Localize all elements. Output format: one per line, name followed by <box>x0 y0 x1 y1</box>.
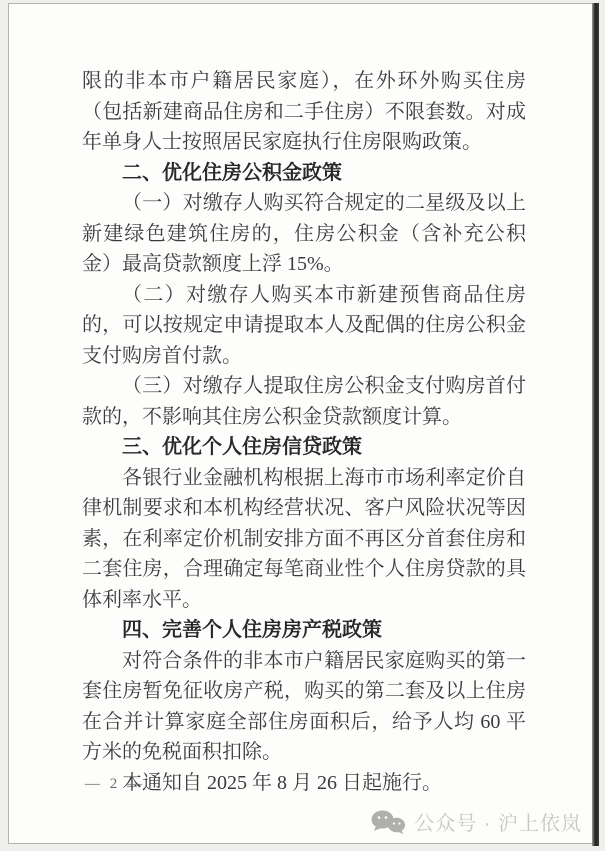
scan-right-edge-shadow <box>592 3 599 846</box>
section-heading-2: 二、优化住房公积金政策 <box>82 158 526 189</box>
watermark-text: 公众号 · 沪上依岚 <box>414 807 582 836</box>
text-block: （三）对缴存人提取住房公积金支付购房首付款的，不影响其住房公积金贷款额度计算。 <box>82 371 526 432</box>
watermark: 公众号 · 沪上依岚 <box>370 807 582 836</box>
page-number: — 2 — <box>85 776 145 793</box>
page-sheet: 限的非本市户籍居民家庭），在外环外购买住房（包括新建商品住房和二手住房）不限套数… <box>8 3 598 844</box>
text-block: 各银行业金融机构根据上海市市场利率定价自律机制要求和本机构经营状况、客户风险状况… <box>82 463 526 616</box>
text-block: （一）对缴存人购买符合规定的二星级及以上新建绿色建筑住房的，住房公积金（含补充公… <box>82 188 526 280</box>
text-block: （二）对缴存人购买本市新建预售商品住房的，可以按规定申请提取本人及配偶的住房公积… <box>82 280 526 372</box>
text-block: 对符合条件的非本市户籍居民家庭购买的第一套住房暂免征收房产税，购买的第二套及以上… <box>82 646 526 768</box>
wechat-icon <box>370 809 406 835</box>
section-heading-4: 四、完善个人住房房产税政策 <box>82 615 526 646</box>
document-body: 限的非本市户籍居民家庭），在外环外购买住房（包括新建商品住房和二手住房）不限套数… <box>82 66 526 798</box>
text-block-continuation: 限的非本市户籍居民家庭），在外环外购买住房（包括新建商品住房和二手住房）不限套数… <box>82 66 526 158</box>
scanned-document-canvas: 限的非本市户籍居民家庭），在外环外购买住房（包括新建商品住房和二手住房）不限套数… <box>0 0 605 851</box>
text-block-effective-date: 本通知自 2025 年 8 月 26 日起施行。 <box>82 768 526 799</box>
section-heading-3: 三、优化个人住房信贷政策 <box>82 432 526 463</box>
